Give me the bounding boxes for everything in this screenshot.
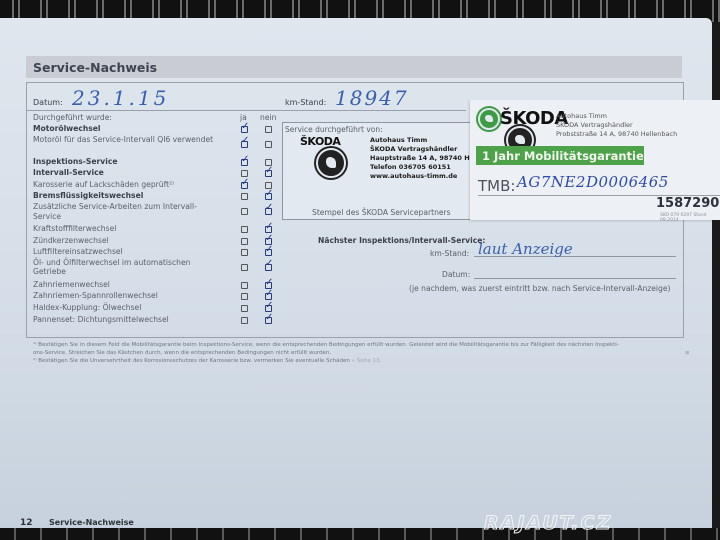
- checklist-row: Öl- und Ölfilterwechsel im automatischen…: [33, 258, 278, 279]
- footnote-2-text: ²⁾ Bestätigen Sie die Unversehrtheit des…: [33, 358, 350, 364]
- sticker-dealer-line: Autohaus Timm: [556, 112, 677, 121]
- next-service-note: (je nachdem, was zuerst eintritt bzw. na…: [409, 284, 671, 293]
- checklist-item-label: Intervall-Service: [33, 167, 223, 179]
- sticker-dealer-line: Probststraße 14 A, 98740 Hellenbach: [556, 130, 677, 139]
- checkbox-nein[interactable]: [265, 193, 272, 200]
- next-datum-line: [474, 278, 676, 279]
- checklist-row: Zahnriemen-Spannrollenwechsel: [33, 290, 278, 302]
- checklist-item-label: Luftfiltereinsatzwechsel: [33, 246, 223, 258]
- skoda-logo-small-icon: [478, 108, 500, 130]
- sticker-serial-sub: SKO 079 0297 Stand 09.2014: [660, 213, 720, 223]
- next-km-value: laut Anzeige: [478, 240, 573, 258]
- checklist-item-label: Inspektions-Service: [33, 156, 223, 168]
- page-section-label: Service-Nachweise: [49, 518, 134, 527]
- form-divider: [26, 110, 466, 111]
- watermark: RAJAUT.CZ: [484, 512, 612, 534]
- checklist-item-label: Pannenset: Dichtungsmittelwechsel: [33, 314, 223, 326]
- checkbox-nein[interactable]: [265, 126, 272, 133]
- checkbox-ja[interactable]: [241, 159, 248, 166]
- checklist-item-label: Zusätzliche Service-Arbeiten zum Interva…: [33, 202, 223, 221]
- checklist-row: Zahnriemenwechsel: [33, 279, 278, 291]
- checklist-row: Inspektions-Service: [33, 156, 278, 168]
- checklist-row: Luftfiltereinsatzwechsel: [33, 246, 278, 258]
- datum-value: 23.1.15: [72, 86, 169, 110]
- checkbox-ja[interactable]: [241, 141, 248, 148]
- sticker-dealer-line: ŠKODA Vertragshändler: [556, 121, 677, 130]
- km-value: 18947: [335, 86, 409, 110]
- tmb-label: TMB:: [478, 177, 515, 195]
- checklist-row: Karosserie auf Lackschäden geprüft²⁾: [33, 179, 278, 191]
- checkbox-ja[interactable]: [241, 226, 248, 233]
- checkbox-ja[interactable]: [241, 193, 248, 200]
- checklist-item-label: Zündkerzenwechsel: [33, 235, 223, 247]
- checklist-row: Kraftstofffilterwechsel: [33, 223, 278, 235]
- stamp-label: Service durchgeführt von:: [285, 125, 383, 134]
- footnote-2-link[interactable]: » Seite 13.: [352, 358, 382, 364]
- next-datum-label: Datum:: [442, 270, 470, 279]
- stamp-brand: ŠKODA: [300, 135, 340, 148]
- checklist-item-label: Kraftstofffilterwechsel: [33, 223, 223, 235]
- checkbox-nein[interactable]: [265, 317, 272, 324]
- footnote-marker: ≡: [685, 350, 690, 356]
- checklist-row: Pannenset: Dichtungsmittelwechsel: [33, 314, 278, 326]
- checkbox-ja[interactable]: [241, 208, 248, 215]
- next-km-label: km-Stand:: [430, 249, 469, 258]
- checklist-item-label: Öl- und Ölfilterwechsel im automatischen…: [33, 258, 223, 277]
- checkbox-ja[interactable]: [241, 249, 248, 256]
- guarantee-text: 1 Jahr Mobilitätsgarantie.: [482, 149, 648, 163]
- km-label: km-Stand:: [285, 98, 326, 107]
- footnote-1: ¹⁾ Bestätigen Sie in diesem Feld die Mob…: [33, 342, 619, 348]
- checkbox-ja[interactable]: [241, 182, 248, 189]
- list-header: Durchgeführt wurde:: [33, 113, 112, 122]
- datum-label: Datum:: [33, 98, 63, 107]
- checkbox-nein[interactable]: [265, 208, 272, 215]
- next-service-heading: Nächster Inspektions/Intervall-Service:: [318, 236, 485, 245]
- checklist-row: Zusätzliche Service-Arbeiten zum Interva…: [33, 202, 278, 223]
- checklist-item-label: Zahnriemenwechsel: [33, 279, 223, 291]
- stamp-caption: Stempel des ŠKODA Servicepartners: [312, 208, 451, 217]
- tmb-value: AG7NE2D0006465: [517, 173, 669, 191]
- page-number: 12: [20, 518, 33, 528]
- checkbox-nein[interactable]: [265, 141, 272, 148]
- checklist-item-label: Motorölwechsel: [33, 123, 223, 135]
- sticker-dealer-text: Autohaus TimmŠKODA VertragshändlerProbst…: [556, 112, 677, 139]
- checkbox-ja[interactable]: [241, 238, 248, 245]
- checklist-row: Bremsflüssigkeitswechsel: [33, 190, 278, 202]
- checkbox-nein[interactable]: [265, 249, 272, 256]
- checkbox-nein[interactable]: [265, 264, 272, 271]
- checkbox-ja[interactable]: [241, 317, 248, 324]
- page-title: Service-Nachweis: [33, 60, 157, 75]
- checklist-row: Zündkerzenwechsel: [33, 235, 278, 247]
- checklist-item-label: Motoröl für das Service-Intervall QI6 ve…: [33, 135, 223, 145]
- checkbox-ja[interactable]: [241, 293, 248, 300]
- checklist-item-label: Karosserie auf Lackschäden geprüft²⁾: [33, 179, 223, 191]
- service-checklist: MotorölwechselMotoröl für das Service-In…: [33, 123, 278, 325]
- checklist-row: Haldex-Kupplung: Ölwechsel: [33, 302, 278, 314]
- checklist-item-label: Bremsflüssigkeitswechsel: [33, 190, 223, 202]
- checklist-item-label: Zahnriemen-Spannrollenwechsel: [33, 290, 223, 302]
- col-nein: nein: [260, 113, 276, 122]
- footnote-2: ²⁾ Bestätigen Sie die Unversehrtheit des…: [33, 358, 381, 364]
- checklist-row: Motoröl für das Service-Intervall QI6 ve…: [33, 135, 278, 156]
- checklist-item-label: Haldex-Kupplung: Ölwechsel: [33, 302, 223, 314]
- sticker-serial: 1587290: [656, 196, 719, 211]
- checkbox-ja[interactable]: [241, 305, 248, 312]
- checkbox-ja[interactable]: [241, 126, 248, 133]
- checkbox-ja[interactable]: [241, 282, 248, 289]
- skoda-logo-icon: [316, 148, 346, 178]
- checklist-row: Motorölwechsel: [33, 123, 278, 135]
- checkbox-ja[interactable]: [241, 264, 248, 271]
- checkbox-nein[interactable]: [265, 170, 272, 177]
- footnote-1-cont: ons-Service. Streichen Sie das Kästchen …: [33, 350, 331, 356]
